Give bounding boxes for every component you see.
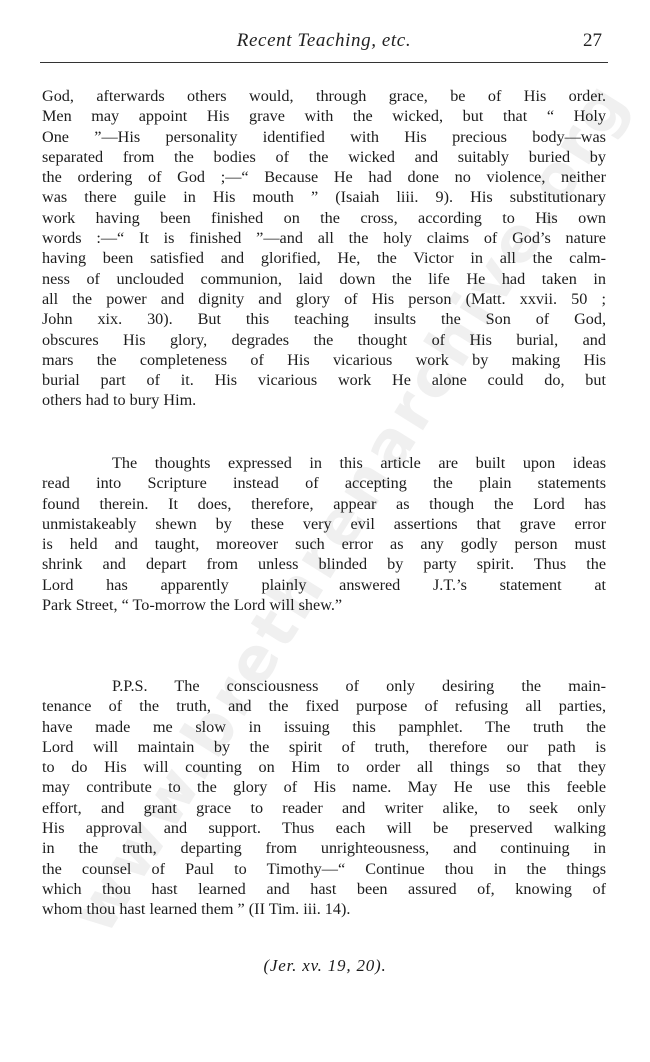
- text-line: having been satisfied and glorified, He,…: [42, 248, 606, 268]
- text-line: read into Scripture instead of accepting…: [42, 473, 606, 493]
- text-line: Lord will maintain by the spirit of trut…: [42, 737, 606, 757]
- paragraph-postscript: P.P.S. The consciousness of only desirin…: [42, 676, 606, 920]
- text-line: Men may appoint His grave with the wicke…: [42, 106, 606, 126]
- text-line: separated from the bodies of the wicked …: [42, 147, 606, 167]
- text-line: Park Street, “ To-morrow the Lord will s…: [42, 595, 606, 615]
- text-line: work having been finished on the cross, …: [42, 208, 606, 228]
- running-header: Recent Teaching, etc. 27: [42, 30, 606, 54]
- text-line: mars the completeness of His vicarious w…: [42, 350, 606, 370]
- text-line: the ordering of God ;—“ Because He had d…: [42, 167, 606, 187]
- text-line: have made me slow in issuing this pamphl…: [42, 717, 606, 737]
- text-line: words :—“ It is finished ”—and all the h…: [42, 228, 606, 248]
- text-line: whom thou hast learned them ” (II Tim. i…: [42, 899, 606, 919]
- text-line: was there guile in His mouth ” (Isaiah l…: [42, 187, 606, 207]
- text-line: unmistakeably shewn by these very evil a…: [42, 514, 606, 534]
- text-line: others had to bury Him.: [42, 390, 606, 410]
- text-line: tenance of the truth, and the fixed purp…: [42, 696, 606, 716]
- text-line: in the truth, departing from unrighteous…: [42, 838, 606, 858]
- text-line: all the power and dignity and glory of H…: [42, 289, 606, 309]
- text-line: to do His will counting on Him to order …: [42, 757, 606, 777]
- text-line: God, afterwards others would, through gr…: [42, 86, 606, 106]
- document-page: www.brethrenarchive.org Recent Teaching,…: [0, 0, 650, 1062]
- paragraph-conclusion: The thoughts expressed in this article a…: [42, 453, 606, 615]
- text-line: His approval and support. Thus each will…: [42, 818, 606, 838]
- text-line: One ”—His personality identified with Hi…: [42, 127, 606, 147]
- text-line: ness of unclouded communion, laid down t…: [42, 269, 606, 289]
- text-line: obscures His glory, degrades the thought…: [42, 330, 606, 350]
- text-line: Lord has apparently plainly answered J.T…: [42, 575, 606, 595]
- text-line: John xix. 30). But this teaching insults…: [42, 309, 606, 329]
- text-line: which thou hast learned and hast been as…: [42, 879, 606, 899]
- text-line: P.P.S. The consciousness of only desirin…: [42, 676, 606, 696]
- text-line: The thoughts expressed in this article a…: [42, 453, 606, 473]
- page-number: 27: [583, 30, 602, 52]
- text-line: effort, and grant grace to reader and wr…: [42, 798, 606, 818]
- text-line: shrink and depart from unless blinded by…: [42, 554, 606, 574]
- text-line: burial part of it. His vicarious work He…: [42, 370, 606, 390]
- text-line: is held and taught, moreover such error …: [42, 534, 606, 554]
- text-line: found therein. It does, therefore, appea…: [42, 494, 606, 514]
- scripture-reference-signoff: (Jer. xv. 19, 20).: [0, 956, 650, 976]
- paragraph-continuation: God, afterwards others would, through gr…: [42, 86, 606, 411]
- running-title: Recent Teaching, etc.: [42, 30, 606, 52]
- text-line: may contribute to the glory of His name.…: [42, 777, 606, 797]
- header-rule: [40, 62, 608, 63]
- text-line: the counsel of Paul to Timothy—“ Continu…: [42, 859, 606, 879]
